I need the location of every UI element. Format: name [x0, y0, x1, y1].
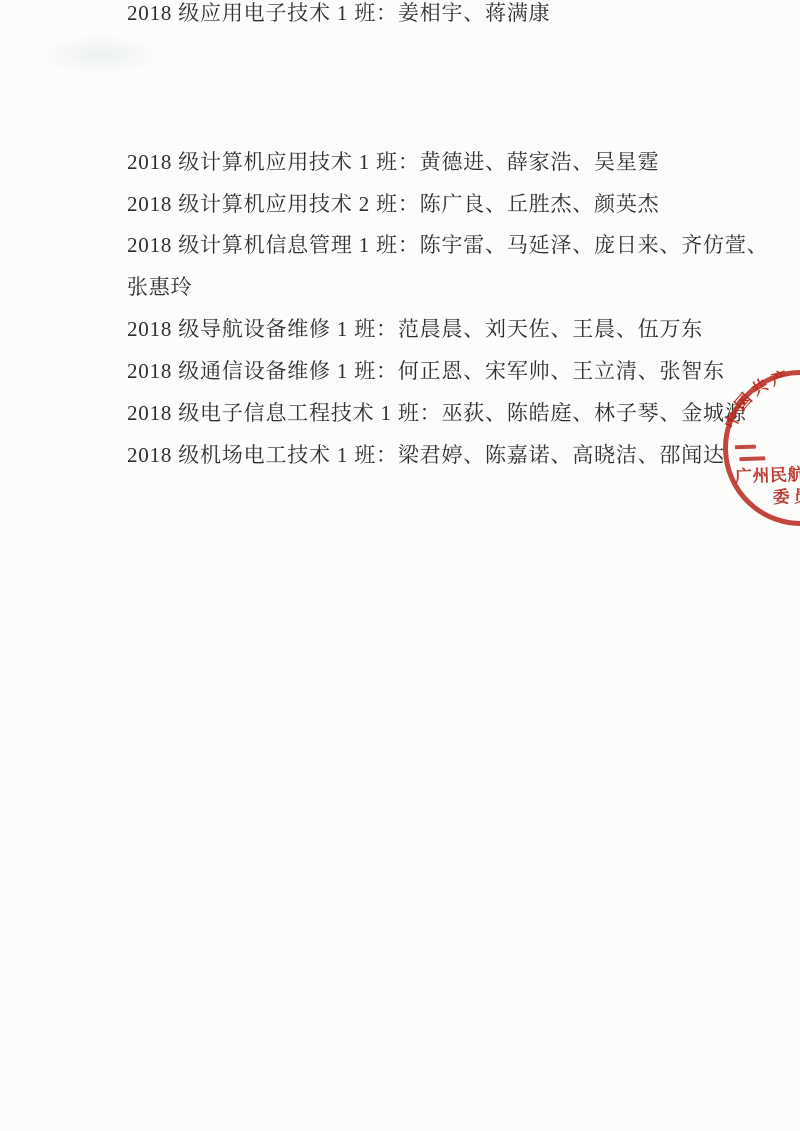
- seal-inner-text-line2: 委员: [772, 482, 800, 508]
- official-red-seal: 中国共产 广州民航职 委员: [720, 367, 800, 528]
- roster-line-5: 2018 级通信设备维修 1 班：何正恩、宋军帅、王立清、张智东: [127, 358, 725, 384]
- seal-arc-text: 中国共产: [720, 367, 794, 432]
- seal-emblem-bar-icon: [735, 445, 756, 450]
- svg-text:中国共产: 中国共产: [720, 367, 794, 432]
- roster-line-6: 2018 级电子信息工程技术 1 班：巫荻、陈皓庭、林子琴、金城源: [127, 400, 747, 426]
- roster-line-1: 2018 级计算机应用技术 1 班：黄德进、薛家浩、吴星霆: [127, 149, 659, 175]
- roster-line-2: 2018 级计算机应用技术 2 班：陈广良、丘胜杰、颜英杰: [127, 191, 659, 217]
- scanned-document-page: 2018 级计算机应用技术 1 班：黄德进、薛家浩、吴星霆 2018 级计算机应…: [0, 0, 800, 1131]
- scan-artifact: [40, 35, 160, 75]
- roster-line-4: 2018 级导航设备维修 1 班：范晨晨、刘天佐、王晨、伍万东: [127, 316, 703, 342]
- roster-line-7: 2018 级机场电工技术 1 班：梁君婷、陈嘉诺、高晓洁、邵闻达: [127, 442, 725, 468]
- roster-line-8: 2018 级应用电子技术 1 班：姜相宇、蒋满康: [127, 0, 550, 26]
- roster-line-3-continuation: 张惠玲: [127, 274, 192, 300]
- roster-line-3: 2018 级计算机信息管理 1 班：陈宇雷、马延泽、庞日来、齐仿萱、: [127, 232, 768, 258]
